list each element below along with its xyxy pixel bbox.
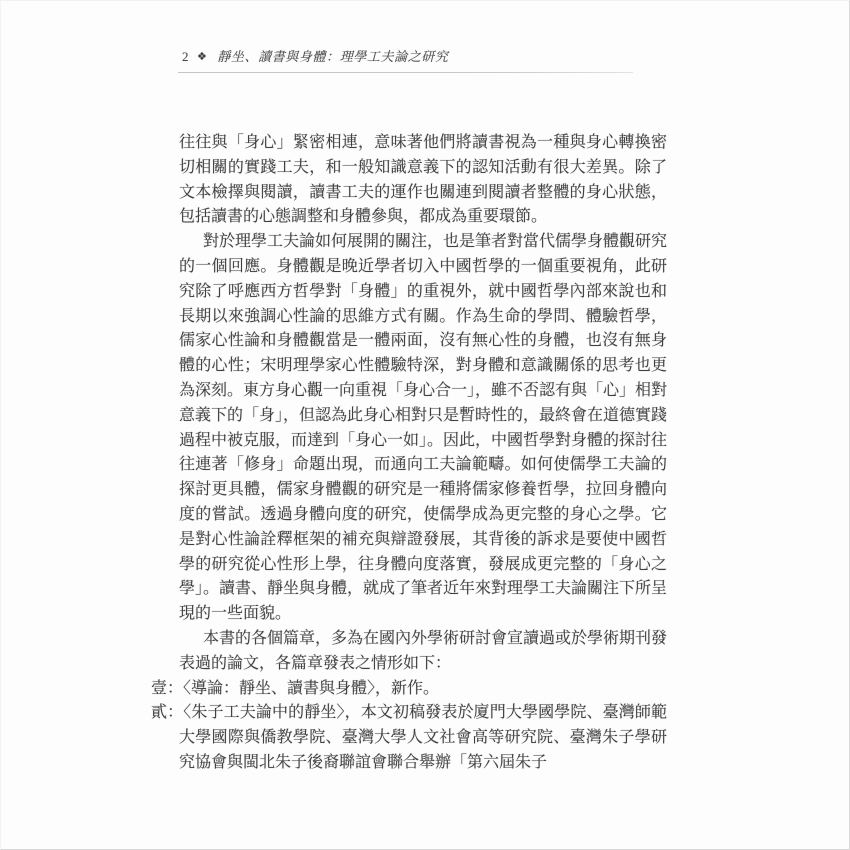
page-header: 2 ❖ 靜坐、讀書與身體：理學工夫論之研究: [182, 49, 449, 66]
page-number: 2: [182, 49, 189, 64]
book-page: 2 ❖ 靜坐、讀書與身體：理學工夫論之研究 往往與「身心」緊密相連，意味著他們將…: [0, 0, 850, 850]
chapter-list-item: 壹：〈導論：靜坐、讀書與身體〉，新作。: [179, 677, 667, 702]
header-rule: [178, 72, 633, 73]
body-paragraph: 本書的各個篇章，多為在國內外學術研討會宣讀過或於學術期刊發表過的論文，各篇章發表…: [179, 627, 667, 677]
diamond-ornament-icon: ❖: [197, 51, 207, 63]
body-paragraph: 往往與「身心」緊密相連，意味著他們將讀書視為一種與身心轉換密切相關的實踐工夫，和…: [179, 131, 667, 230]
body-paragraph: 對於理學工夫論如何展開的關注，也是筆者對當代儒學身體觀研究的一個回應。身體觀是晚…: [179, 230, 667, 627]
chapter-list-item: 貳：〈朱子工夫論中的靜坐〉，本文初稿發表於廈門大學國學院、臺灣師範大學國際與僑教…: [179, 701, 667, 775]
running-title: 靜坐、讀書與身體：理學工夫論之研究: [217, 49, 448, 64]
page-body: 往往與「身心」緊密相連，意味著他們將讀書視為一種與身心轉換密切相關的實踐工夫，和…: [179, 131, 667, 776]
